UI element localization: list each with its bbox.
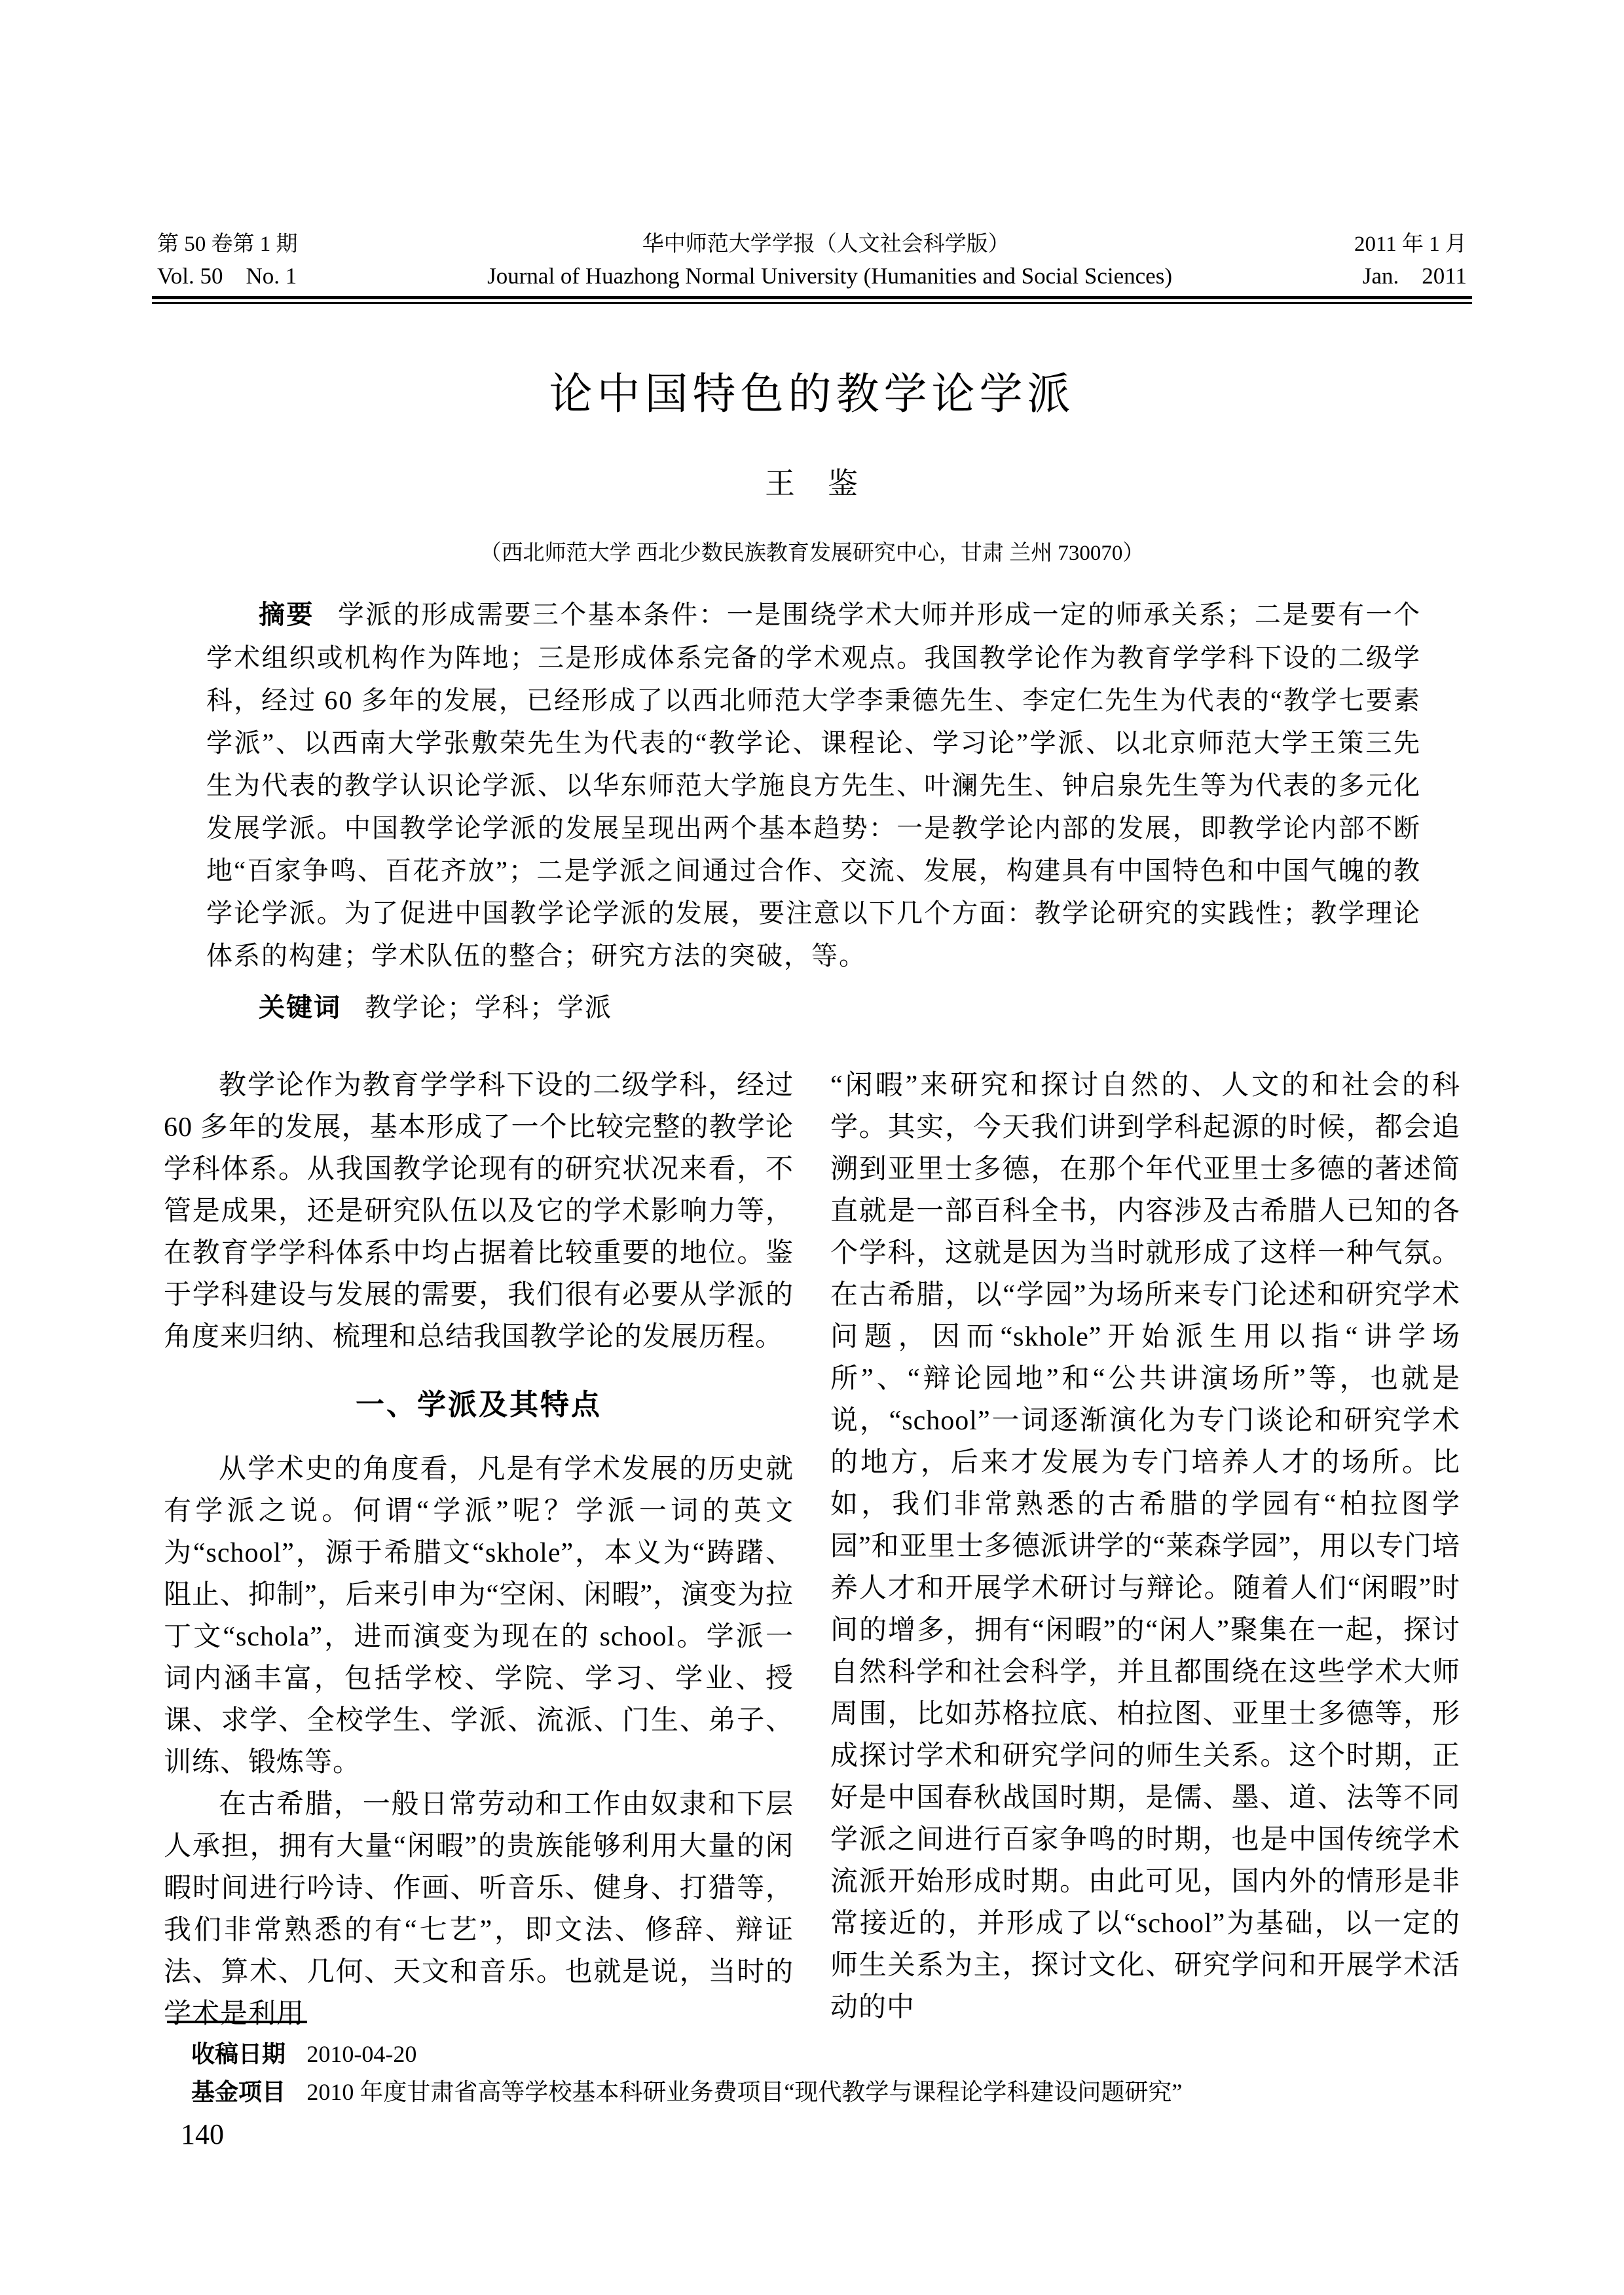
keywords-label: 关键词 — [259, 993, 341, 1022]
received-date-value: 2010-04-20 — [306, 2041, 416, 2067]
header-divider-thick-line — [152, 296, 1472, 299]
body-column-right: “闲暇”来研究和探讨自然的、人文的和社会的科学。其实，今天我们讲到学科起源的时候… — [830, 1065, 1460, 2029]
fund-project-value: 2010 年度甘肃省高等学校基本科研业务费项目“现代教学与课程论学科建设问题研究… — [306, 2079, 1182, 2105]
header-divider-thin-line — [152, 302, 1472, 304]
page-number: 140 — [181, 2118, 224, 2151]
right-paragraph-1: “闲暇”来研究和探讨自然的、人文的和社会的科学。其实，今天我们讲到学科起源的时候… — [830, 1065, 1460, 2029]
section-heading-1: 一、学派及其特点 — [164, 1384, 794, 1426]
left-paragraph-2: 从学术史的角度看，凡是有学术发展的历史就有学派之说。何谓“学派”呢？学派一词的英… — [164, 1448, 794, 1784]
abstract-text: 学派的形成需要三个基本条件：一是围绕学术大师并形成一定的师承关系；二是要有一个学… — [206, 600, 1421, 970]
article-title: 论中国特色的教学论学派 — [0, 359, 1624, 421]
fund-project-label: 基金项目 — [191, 2078, 286, 2105]
received-date-label: 收稿日期 — [191, 2040, 286, 2067]
journal-title-en: Journal of Huazhong Normal University (H… — [297, 263, 1363, 289]
body-column-left: 教学论作为教育学学科下设的二级学科，经过 60 多年的发展，基本形成了一个比较完… — [164, 1065, 794, 2035]
date-info-en: Jan. 2011 — [1363, 258, 1467, 291]
date-info-cn: 2011 年 1 月 — [1354, 227, 1467, 257]
left-paragraph-1: 教学论作为教育学学科下设的二级学科，经过 60 多年的发展，基本形成了一个比较完… — [164, 1065, 794, 1358]
keywords-line: 关键词教学论；学科；学派 — [206, 986, 1421, 1029]
header-divider — [152, 296, 1472, 304]
article-author: 王 鉴 — [0, 460, 1624, 503]
abstract-label: 摘要 — [259, 600, 314, 629]
footnote-divider — [167, 2021, 307, 2023]
abstract-paragraph: 摘要学派的形成需要三个基本条件：一是围绕学术大师并形成一定的师承关系；二是要有一… — [206, 593, 1421, 977]
journal-header-en: Vol. 50 No. 1 Journal of Huazhong Normal… — [157, 258, 1467, 291]
footnotes-block: 收稿日期2010-04-20 基金项目2010 年度甘肃省高等学校基本科研业务费… — [191, 2035, 1460, 2111]
left-paragraph-3: 在古希腊，一般日常劳动和工作由奴隶和下层人承担，拥有大量“闲暇”的贵族能够利用大… — [164, 1784, 794, 2035]
issue-info-cn: 第 50 卷第 1 期 — [157, 227, 298, 257]
journal-header-cn: 第 50 卷第 1 期 华中师范大学学报（人文社会科学版） 2011 年 1 月 — [157, 227, 1467, 257]
journal-page: 第 50 卷第 1 期 华中师范大学学报（人文社会科学版） 2011 年 1 月… — [0, 0, 1624, 2295]
journal-title-cn: 华中师范大学学报（人文社会科学版） — [298, 227, 1354, 257]
fund-project-row: 基金项目2010 年度甘肃省高等学校基本科研业务费项目“现代教学与课程论学科建设… — [191, 2073, 1460, 2111]
issue-info-en: Vol. 50 No. 1 — [157, 258, 297, 291]
received-date-row: 收稿日期2010-04-20 — [191, 2035, 1460, 2073]
article-affiliation: （西北师范大学 西北少数民族教育发展研究中心，甘肃 兰州 730070） — [0, 536, 1624, 566]
keywords-text: 教学论；学科；学派 — [365, 993, 612, 1022]
